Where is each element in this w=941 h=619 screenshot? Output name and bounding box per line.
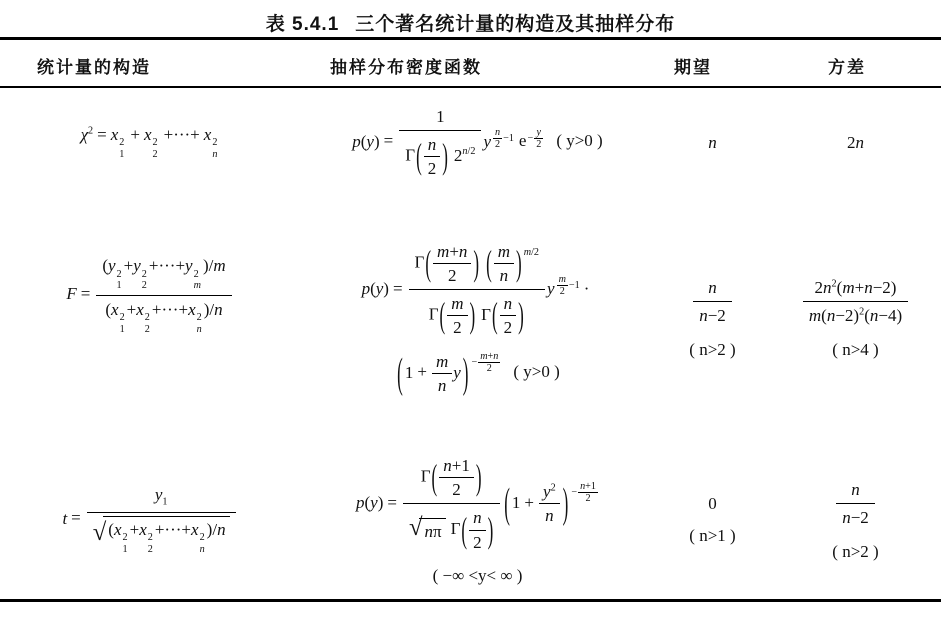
f-construction-cell: F=(y21+y22+···+y2m)/m(x21+x22+···+x2n)/n <box>0 173 300 418</box>
table-rule-top <box>0 37 941 40</box>
continuation-dot: · <box>584 279 590 298</box>
f-density-formula-line1: p(y)=Γ(m+n2)(mn)m/2Γ(m2)Γ(n2)ym2−1· <box>362 239 594 341</box>
column-header-density: 抽样分布密度函数 <box>330 53 482 78</box>
column-header-variance: 方差 <box>828 53 866 78</box>
chi-square-expectation-cell: n <box>655 90 770 195</box>
chi-square-density-formula: p(y)=1Γ(n2)2n/2yn2−1e−y2( y>0 ) <box>352 104 602 182</box>
f-expectation: nn−2 <box>691 275 734 329</box>
table-rule-header <box>0 86 941 88</box>
f-formula: F=(y21+y22+···+y2m)/m(x21+x22+···+x2n)/n <box>66 253 233 337</box>
column-header-expectation: 期望 <box>674 53 712 78</box>
f-density-cell: p(y)=Γ(m+n2)(mn)m/2Γ(m2)Γ(n2)ym2−1· (1+m… <box>300 195 655 440</box>
table-number: 表 5.4.1 <box>266 14 340 35</box>
chi-square-density-cell: p(y)=1Γ(n2)2n/2yn2−1e−y2( y>0 ) <box>300 90 655 195</box>
column-header-construction: 统计量的构造 <box>37 53 151 78</box>
t-construction-cell: t=y1√(x21+x22+···+x2n)/n <box>0 440 300 599</box>
table-rule-bottom <box>0 599 941 602</box>
table-body: χ2=x21+x22+···+x2n p(y)=1Γ(n2)2n/2yn2−1e… <box>0 90 941 599</box>
chi-square-formula: χ2=x21+x22+···+x2n <box>81 124 220 161</box>
domain-condition: ( y>0 ) <box>556 131 602 150</box>
t-density-cell: p(y)=Γ(n+12)√nπΓ(n2)(1+y2n)−n+12 ( −∞ <y… <box>300 440 655 599</box>
t-variance: nn−2 <box>834 477 877 531</box>
table-title-text: 三个著名统计量的构造及其抽样分布 <box>355 14 675 35</box>
f-expectation-condition: ( n>2 ) <box>689 339 735 360</box>
f-density-formula-line2: (1+mny)−m+n2( y>0 ) <box>395 351 560 397</box>
f-expectation-cell: nn−2 ( n>2 ) <box>655 195 770 440</box>
chi-square-variance: 2n <box>847 132 864 153</box>
t-formula: t=y1√(x21+x22+···+x2n)/n <box>62 482 237 558</box>
t-variance-condition: ( n>2 ) <box>832 541 878 562</box>
t-expectation-cell: 0 ( n>1 ) <box>655 440 770 599</box>
textbook-table-page: 表 5.4.1三个著名统计量的构造及其抽样分布 统计量的构造 抽样分布密度函数 … <box>0 0 941 619</box>
chi-square-expectation: n <box>708 132 717 153</box>
t-expectation-condition: ( n>1 ) <box>689 525 735 546</box>
f-variance-condition: ( n>4 ) <box>832 339 878 360</box>
t-density-range: ( −∞ <y< ∞ ) <box>433 565 523 586</box>
f-variance: 2n2(m+n−2)m(n−2)2(n−4) <box>801 275 910 329</box>
table-caption: 表 5.4.1三个著名统计量的构造及其抽样分布 <box>0 9 941 36</box>
t-expectation: 0 <box>708 493 717 514</box>
f-variance-cell: 2n2(m+n−2)m(n−2)2(n−4) ( n>4 ) <box>770 195 941 440</box>
chi-square-variance-cell: 2n <box>770 90 941 195</box>
t-density-formula: p(y)=Γ(n+12)√nπΓ(n2)(1+y2n)−n+12 <box>356 453 599 555</box>
domain-condition: ( y>0 ) <box>513 362 559 381</box>
t-variance-cell: nn−2 ( n>2 ) <box>770 440 941 599</box>
